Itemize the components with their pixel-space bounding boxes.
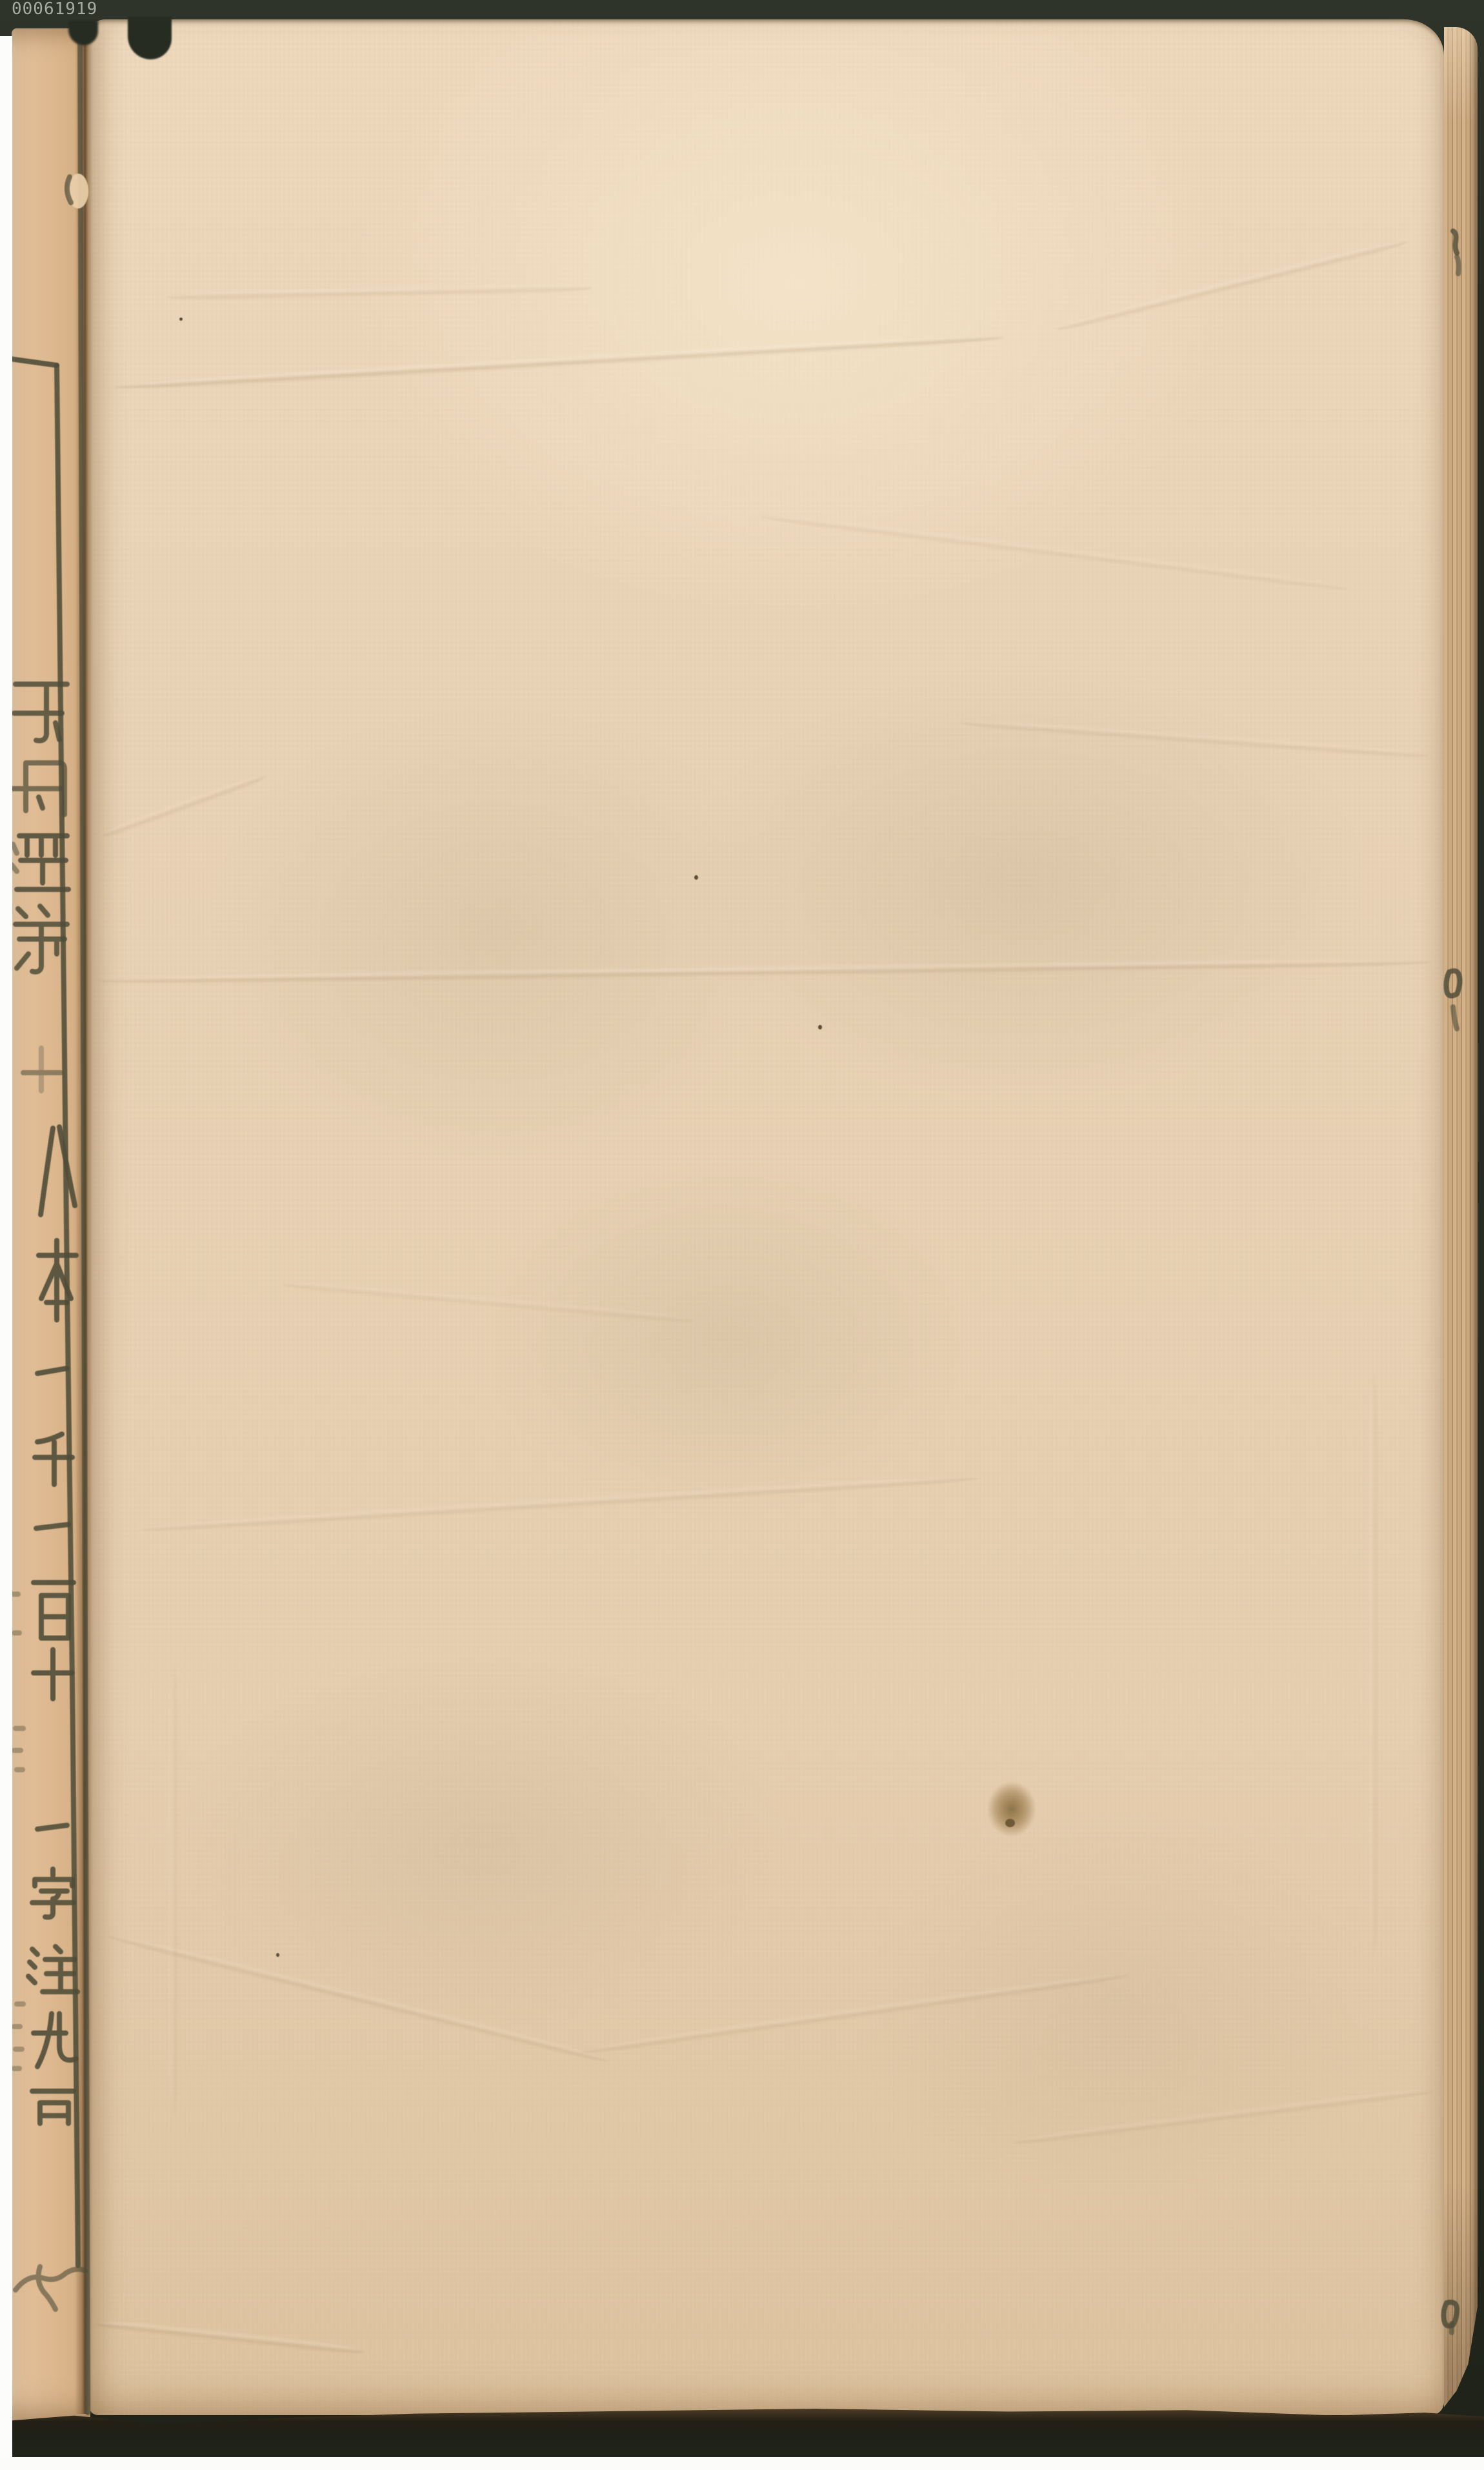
character-glyph-2 [13, 763, 65, 815]
character-glyph-14 [32, 1869, 74, 1917]
faint-neighbor-column-marks [13, 1594, 23, 2069]
character-glyph-5 [23, 1048, 61, 1091]
character-glyph-6 [41, 1127, 75, 1215]
character-glyph-10 [36, 1524, 68, 1528]
catalog-number: 00061919 [12, 1, 97, 17]
character-glyph-11 [34, 1583, 74, 1638]
page-top-notch [128, 17, 172, 59]
character-glyph-4 [15, 906, 67, 972]
printed-frame-border [10, 359, 78, 2265]
scan-margin-bottom [0, 2457, 1484, 2470]
fore-edge-ink-marks [1444, 231, 1460, 2333]
character-glyph-16 [34, 2014, 76, 2067]
ink-marks-layer [0, 0, 1484, 2470]
scan-margin-left [0, 36, 12, 2470]
character-glyph-12 [34, 1650, 72, 1699]
character-glyph-17 [32, 2091, 74, 2123]
binding-knot [67, 174, 88, 208]
book-scan-photo: 00061919 [0, 0, 1484, 2470]
character-glyph-7 [39, 1240, 76, 1320]
gutter-fold-line [80, 31, 88, 2413]
thread-squiggles [15, 2267, 85, 2309]
character-glyph-15 [28, 1947, 77, 1992]
character-glyph-13 [37, 1825, 67, 1829]
character-glyph-8 [37, 1368, 67, 1373]
